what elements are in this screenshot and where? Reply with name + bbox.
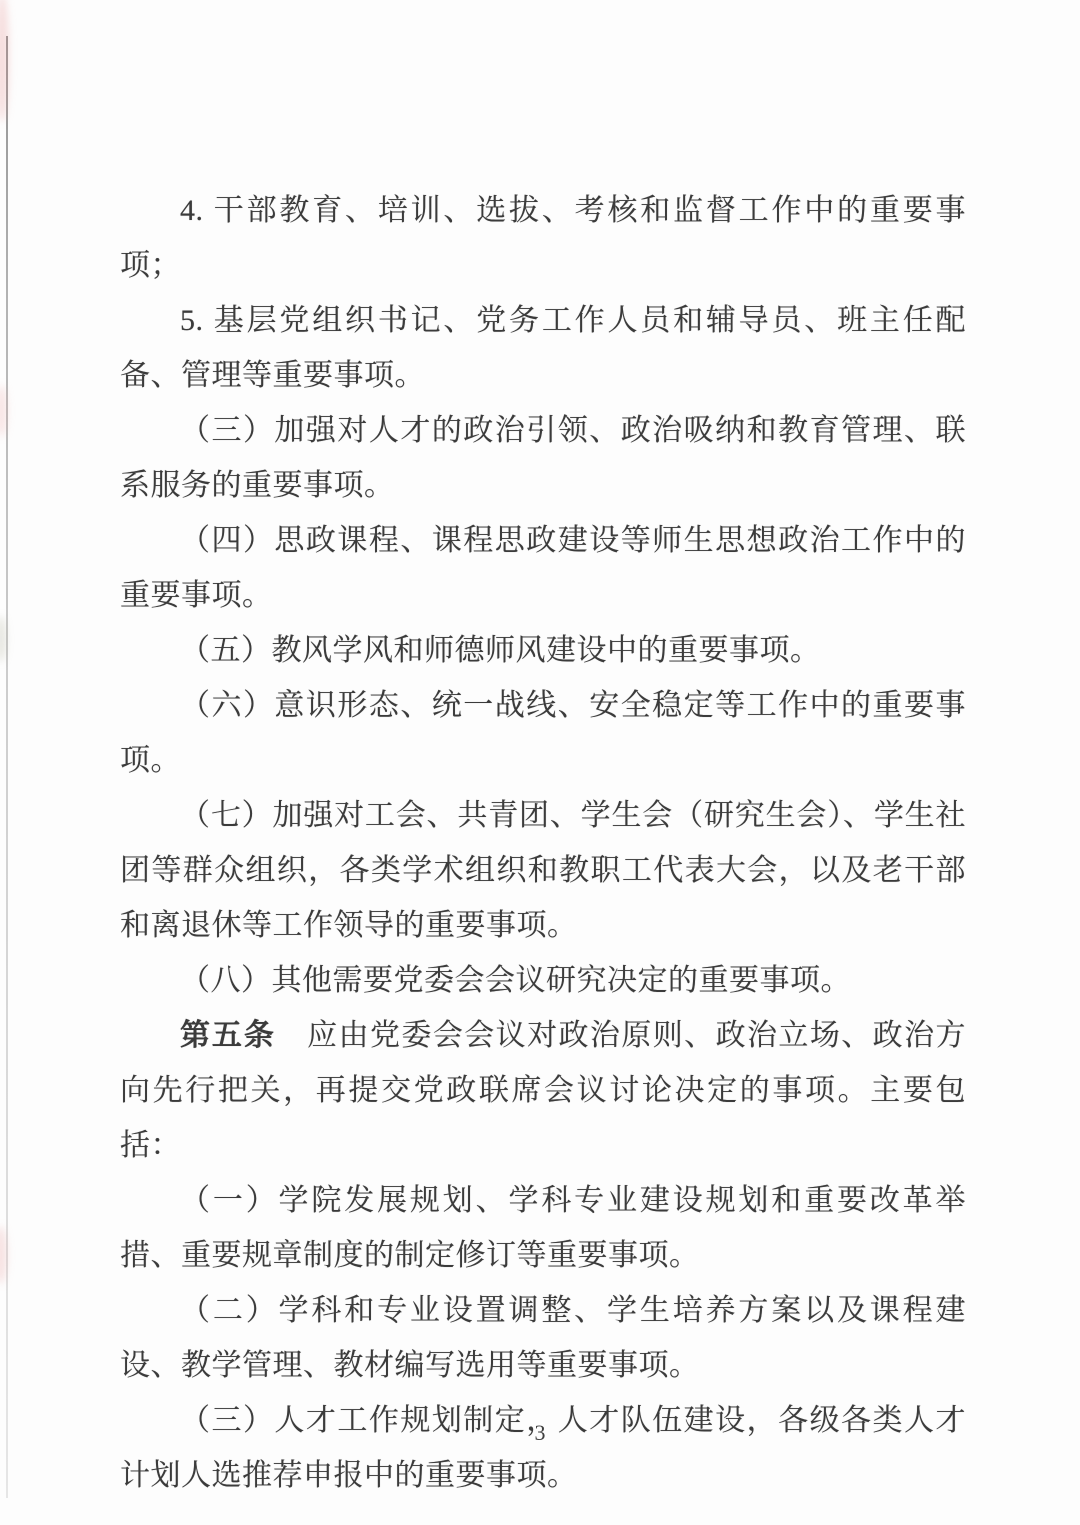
paragraph-text: （六）意识形态、统一战线、安全稳定等工作中的重要事项。 (120, 689, 966, 777)
page-footer: 3 (0, 1420, 1080, 1446)
paragraph-text: （二）学科和专业设置调整、学生培养方案以及课程建设、教学管理、教材编写选用等重要… (120, 1294, 966, 1382)
paragraph-text: 5. 基层党组织书记、党务工作人员和辅导员、班主任配备、管理等重要事项。 (120, 304, 966, 392)
paragraph-text: （八）其他需要党委会会议研究决定的重要事项。 (180, 964, 851, 997)
paragraph: （一）学院发展规划、学科专业建设规划和重要改革举措、重要规章制度的制定修订等重要… (120, 1173, 966, 1283)
paragraph-text: （三）人才工作规划制定，人才队伍建设，各级各类人才计划人选推荐申报中的重要事项。 (120, 1404, 966, 1492)
paragraph: （三）人才工作规划制定，人才队伍建设，各级各类人才计划人选推荐申报中的重要事项。 (120, 1393, 966, 1503)
scan-edge-line (6, 36, 8, 1498)
paragraph: （八）其他需要党委会会议研究决定的重要事项。 (120, 953, 966, 1008)
paragraph-text: （四）思政课程、课程思政建设等师生思想政治工作中的重要事项。 (120, 524, 966, 612)
document-body: 4. 干部教育、培训、选拔、考核和监督工作中的重要事项； 5. 基层党组织书记、… (120, 183, 966, 1503)
paragraph-text: （一）学院发展规划、学科专业建设规划和重要改革举措、重要规章制度的制定修订等重要… (120, 1184, 966, 1272)
paragraph: 5. 基层党组织书记、党务工作人员和辅导员、班主任配备、管理等重要事项。 (120, 293, 966, 403)
paragraph: （二）学科和专业设置调整、学生培养方案以及课程建设、教学管理、教材编写选用等重要… (120, 1283, 966, 1393)
paragraph: 第五条 应由党委会会议对政治原则、政治立场、政治方向先行把关，再提交党政联席会议… (120, 1008, 966, 1173)
paragraph: （五）教风学风和师德师风建设中的重要事项。 (120, 623, 966, 678)
paragraph: （四）思政课程、课程思政建设等师生思想政治工作中的重要事项。 (120, 513, 966, 623)
paragraph: （六）意识形态、统一战线、安全稳定等工作中的重要事项。 (120, 678, 966, 788)
paragraph: 4. 干部教育、培训、选拔、考核和监督工作中的重要事项； (120, 183, 966, 293)
paragraph: （七）加强对工会、共青团、学生会（研究生会）、学生社团等群众组织，各类学术组织和… (120, 788, 966, 953)
paragraph-lead: 第五条 (180, 1019, 276, 1052)
paragraph-text: （七）加强对工会、共青团、学生会（研究生会）、学生社团等群众组织，各类学术组织和… (120, 799, 966, 942)
paragraph-text: （五）教风学风和师德师风建设中的重要事项。 (180, 634, 821, 667)
paragraph: （三）加强对人才的政治引领、政治吸纳和教育管理、联系服务的重要事项。 (120, 403, 966, 513)
paragraph-text: （三）加强对人才的政治引领、政治吸纳和教育管理、联系服务的重要事项。 (120, 414, 966, 502)
page-number: 3 (535, 1420, 546, 1445)
paragraph-text: 4. 干部教育、培训、选拔、考核和监督工作中的重要事项； (120, 194, 966, 282)
document-page: 4. 干部教育、培训、选拔、考核和监督工作中的重要事项； 5. 基层党组织书记、… (0, 0, 1080, 1525)
